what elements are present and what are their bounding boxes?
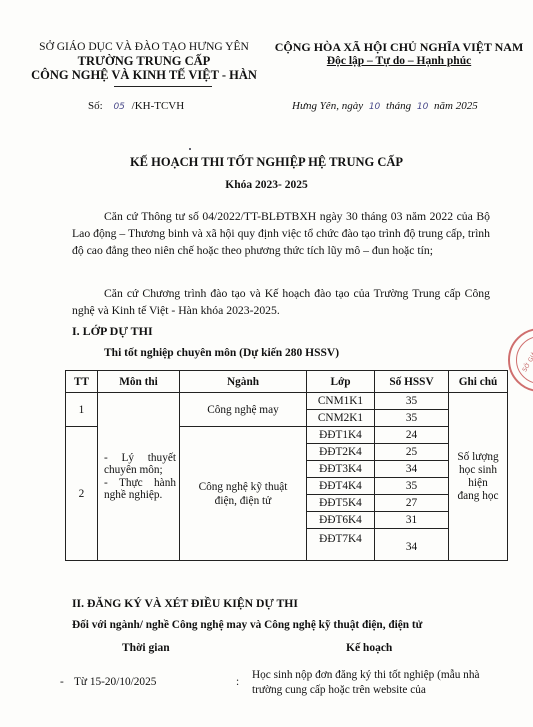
class-name: ĐĐT4K4: [307, 478, 375, 495]
section-1-subheading: Thi tốt nghiệp chuyên môn (Dự kiến 280 H…: [104, 347, 339, 359]
issuer-underline: [114, 86, 212, 87]
document-number: Số: 05 /KH-TCVH: [88, 100, 184, 112]
paragraph-text: Căn cứ Chương trình đào tạo và Kế hoạch …: [72, 287, 490, 317]
subject-line: - Lý thuyết: [104, 452, 176, 465]
header-note: Ghi chú: [449, 371, 508, 393]
subject-line: - Thực hành: [104, 477, 176, 490]
paragraph-text: Căn cứ Thông tư số 04/2022/TT-BLĐTBXH ng…: [72, 210, 490, 257]
schedule-plan-header: Kế hoạch: [346, 642, 392, 654]
class-name: ĐĐT6K4: [307, 512, 375, 529]
section-2-subheading: Đối với ngành/ nghề Công nghệ may và Côn…: [72, 619, 422, 631]
class-count: 35: [375, 410, 449, 427]
doc-no-handwritten: 05: [113, 102, 124, 112]
row-number: 2: [66, 427, 98, 561]
class-count: 24: [375, 427, 449, 444]
major-line: điện, điện tử: [180, 494, 306, 508]
major-cell: Công nghệ may: [180, 393, 307, 427]
major-cell: Công nghệ kỹ thuật điện, điện tử: [180, 427, 307, 561]
class-count: 34: [375, 529, 449, 561]
stamp-text: SỞ GIÁO DỤC: [521, 334, 533, 373]
department-name: SỞ GIÁO DỤC VÀ ĐÀO TẠO HƯNG YÊN: [28, 40, 260, 54]
scan-speck: [189, 148, 191, 150]
national-header: CỘNG HÒA XÃ HỘI CHỦ NGHĨA VIỆT NAM Độc l…: [268, 40, 530, 68]
header-subject: Môn thi: [98, 371, 180, 393]
doc-no-suffix: /KH-TCVH: [132, 100, 185, 112]
legal-basis-paragraph-2: Căn cứ Chương trình đào tạo và Kế hoạch …: [72, 285, 490, 319]
row-number: 1: [66, 393, 98, 427]
legal-basis-paragraph-1: Căn cứ Thông tư số 04/2022/TT-BLĐTBXH ng…: [72, 208, 490, 259]
exam-classes-table: TT Môn thi Ngành Lớp Số HSSV Ghi chú 1 -…: [65, 370, 508, 561]
section-1-heading: I. LỚP DỰ THI: [72, 324, 153, 339]
place-date: Hưng Yên, ngày 10 tháng 10 năm 2025: [292, 100, 478, 112]
header-major: Ngành: [180, 371, 307, 393]
schedule-time-header: Thời gian: [122, 642, 170, 654]
school-name-line2: CÔNG NGHỆ VÀ KINH TẾ VIỆT - HÀN: [28, 68, 260, 82]
table-header-row: TT Môn thi Ngành Lớp Số HSSV Ghi chú: [66, 371, 508, 393]
note-line: học sinh: [449, 464, 507, 477]
place-prefix: Hưng Yên, ngày: [292, 100, 363, 112]
class-count: 25: [375, 444, 449, 461]
schedule-item-bullet: -: [60, 676, 64, 688]
national-motto: Độc lập – Tự do – Hạnh phúc: [268, 54, 530, 68]
class-count: 35: [375, 478, 449, 495]
schedule-item-separator: :: [236, 676, 239, 688]
class-count: 34: [375, 461, 449, 478]
note-line: đang học: [449, 490, 507, 503]
document-title: KẾ HOẠCH THI TỐT NGHIỆP HỆ TRUNG CẤP: [0, 155, 533, 170]
year-label: năm 2025: [434, 100, 478, 112]
class-name: ĐĐT1K4: [307, 427, 375, 444]
schedule-item-plan: Học sinh nộp đơn đăng ký thi tốt nghiệp …: [252, 668, 492, 698]
class-name: ĐĐT2K4: [307, 444, 375, 461]
class-name: ĐĐT5K4: [307, 495, 375, 512]
class-count: 27: [375, 495, 449, 512]
date-day: 10: [369, 102, 380, 112]
month-label: tháng: [386, 100, 411, 112]
doc-no-label: Số:: [88, 100, 103, 112]
class-count: 35: [375, 393, 449, 410]
note-line: Số lượng: [449, 451, 507, 464]
subject-cell: - Lý thuyết chuyên môn; - Thực hành nghề…: [98, 393, 180, 561]
school-name-line1: TRƯỜNG TRUNG CẤP: [28, 54, 260, 68]
subject-line: nghề nghiệp.: [104, 489, 176, 502]
class-name: ĐĐT3K4: [307, 461, 375, 478]
section-2-heading: II. ĐĂNG KÝ VÀ XÉT ĐIỀU KIỆN DỰ THI: [72, 597, 298, 610]
class-name: CNM2K1: [307, 410, 375, 427]
date-month: 10: [417, 102, 428, 112]
class-name: CNM1K1: [307, 393, 375, 410]
header-student-count: Số HSSV: [375, 371, 449, 393]
major-line: Công nghệ kỹ thuật: [180, 480, 306, 494]
issuer-block: SỞ GIÁO DỤC VÀ ĐÀO TẠO HƯNG YÊN TRƯỜNG T…: [28, 40, 260, 82]
note-cell: Số lượng học sinh hiện đang học: [449, 393, 508, 561]
class-name: ĐĐT7K4: [307, 529, 375, 561]
table-row: 1 - Lý thuyết chuyên môn; - Thực hành ng…: [66, 393, 508, 410]
nation-title: CỘNG HÒA XÃ HỘI CHỦ NGHĨA VIỆT NAM: [268, 40, 530, 54]
note-line: hiện: [449, 477, 507, 490]
document-subtitle: Khóa 2023- 2025: [0, 179, 533, 191]
official-stamp: SỞ GIÁO DỤC: [508, 328, 533, 392]
header-tt: TT: [66, 371, 98, 393]
header-class: Lớp: [307, 371, 375, 393]
subject-line: chuyên môn;: [104, 464, 176, 477]
schedule-item-time: Từ 15-20/10/2025: [74, 676, 156, 688]
class-count: 31: [375, 512, 449, 529]
